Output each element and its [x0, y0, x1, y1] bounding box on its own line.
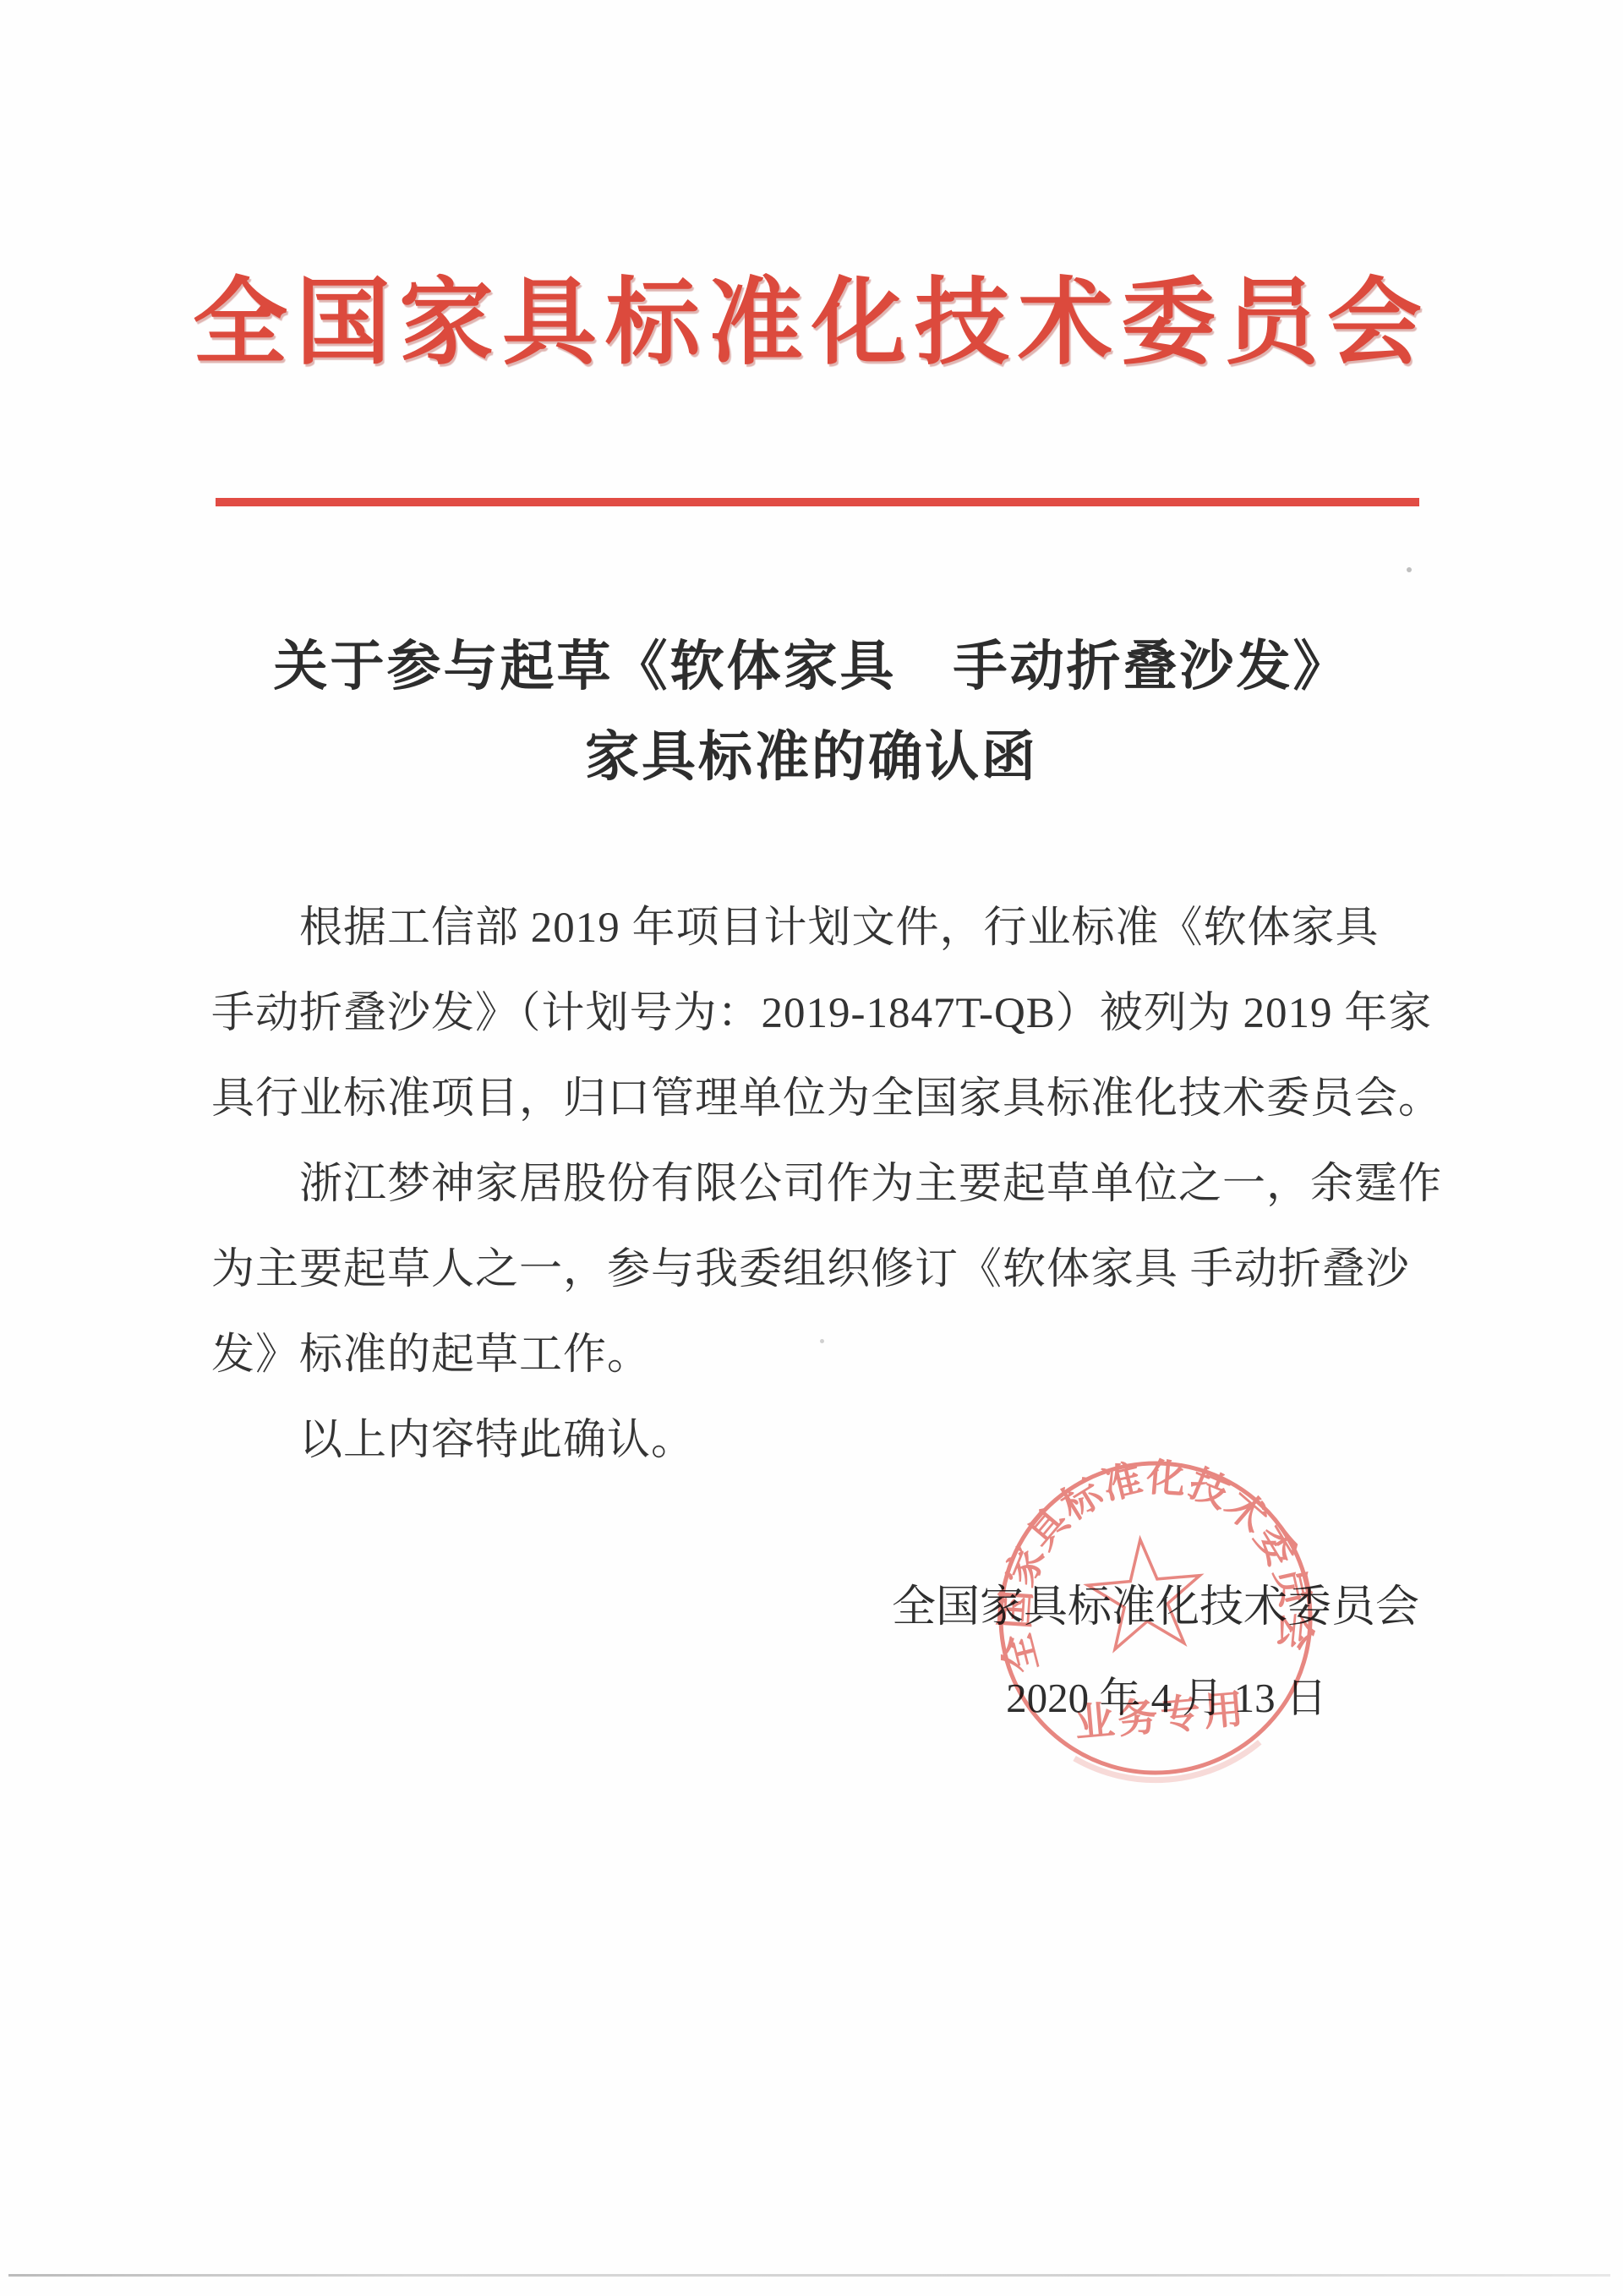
signature-date: 2020 年 4 月 13 日 [989, 1674, 1344, 1723]
scan-edge-line [8, 2274, 1610, 2277]
document-page: 全国家具标准化技术委员会 关于参与起草《软体家具 手动折叠沙发》 家具标准的确认… [0, 0, 1623, 2296]
scan-speck [1407, 567, 1412, 572]
letterhead-title: 全国家具标准化技术委员会 [0, 269, 1623, 379]
signature-org: 全国家具标准化技术委员会 [892, 1583, 1419, 1633]
body-line: 手动折叠沙发》（计划号为：2019-1847T-QB）被列为 2019 年家 [211, 971, 1420, 1057]
body-line: 以上内容特此确认。 [211, 1398, 1420, 1484]
seal-ink-smudge [1074, 1742, 1262, 1788]
body-line: 浙江梦神家居股份有限公司作为主要起草单位之一，余霆作 [211, 1142, 1420, 1227]
body-line: 为主要起草人之一，参与我委组织修订《软体家具 手动折叠沙 [211, 1227, 1420, 1313]
body-line: 发》标准的起草工作。 [211, 1313, 1420, 1398]
body-line: 根据工信部 2019 年项目计划文件，行业标准《软体家具 [211, 886, 1420, 971]
letterhead-rule [216, 498, 1419, 506]
doc-title-line2: 家具标准的确认函 [0, 723, 1623, 790]
doc-title-line1: 关于参与起草《软体家具 手动折叠沙发》 [0, 632, 1623, 700]
body-line: 具行业标准项目，归口管理单位为全国家具标准化技术委员会。 [211, 1057, 1420, 1142]
body-text: 根据工信部 2019 年项目计划文件，行业标准《软体家具 手动折叠沙发》（计划号… [211, 886, 1420, 1484]
scan-speck [820, 1339, 824, 1343]
